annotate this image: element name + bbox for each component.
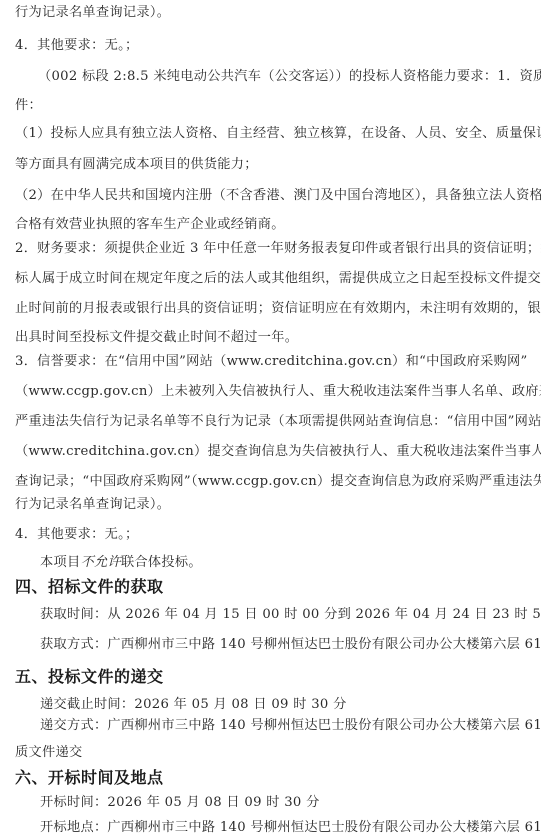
- text-line: 3．信誉要求：在“信用中国”网站（www.creditchina.gov.cn）…: [15, 354, 528, 370]
- text-line: 4．其他要求：无。；: [15, 527, 138, 543]
- text-line: （1）投标人应具有独立法人资格、自主经营、独立核算，在设备、人员、安全、质量保证: [15, 126, 541, 142]
- text-line: 件：: [15, 98, 42, 114]
- text-line: 2．财务要求：须提供企业近 3 年中任意一年财务报表复印件或者银行出具的资信证明…: [15, 241, 541, 257]
- text-span: 联合体投标。: [121, 555, 202, 570]
- text-line: （2）在中华人民共和国境内注册（不含香港、澳门及中国台湾地区），具备独立法人资格…: [15, 188, 541, 204]
- text-line: 获取时间：从 2026 年 04 月 15 日 00 时 00 分到 2026 …: [40, 607, 541, 623]
- text-line: 出具时间至投标文件提交截止时间不超过一年。: [15, 330, 298, 346]
- text-line: 标人属于成立时间在规定年度之后的法人或其他组织，需提供成立之日起至投标文件提交截: [15, 271, 541, 287]
- text-line: 递交截止时间：2026 年 05 月 08 日 09 时 30 分: [40, 697, 347, 713]
- text-line: 4．其他要求：无。；: [15, 38, 138, 54]
- section-heading-5: 五、投标文件的递交: [15, 667, 164, 687]
- text-line: （002 标段 2:8.5 米纯电动公共汽车（公交客运））的投标人资格能力要求：…: [38, 69, 541, 85]
- text-line: 开标时间：2026 年 05 月 08 日 09 时 30 分: [40, 795, 320, 811]
- text-span: 本项目: [40, 555, 80, 570]
- text-line: 行为记录名单查询记录）。: [15, 497, 170, 513]
- section-heading-4: 四、招标文件的获取: [15, 577, 164, 597]
- text-line: 开标地点：广西柳州市三中路 140 号柳州恒达巴士股份有限公司办公大楼第六层 6…: [40, 820, 541, 836]
- text-line: （www.ccgp.gov.cn）上未被列入失信被执行人、重大税收违法案件当事人…: [15, 384, 541, 400]
- text-line: 严重违法失信行为记录名单等不良行为记录（本项需提供网站查询信息：“信用中国”网站: [15, 414, 541, 430]
- text-line: 获取方式：广西柳州市三中路 140 号柳州恒达巴士股份有限公司办公大楼第六层 6…: [40, 637, 541, 653]
- text-line: 质文件递交: [15, 745, 82, 761]
- text-line: 查询记录；“中国政府采购网”（www.ccgp.gov.cn）提交查询信息为政府…: [15, 474, 541, 490]
- text-line: 递交方式：广西柳州市三中路 140 号柳州恒达巴士股份有限公司办公大楼第六层 6…: [40, 718, 541, 734]
- text-line: 合格有效营业执照的客车生产企业或经销商。: [15, 217, 285, 233]
- section-heading-6: 六、开标时间及地点: [15, 768, 164, 788]
- consortium-note: 本项目不允许联合体投标。: [40, 555, 202, 571]
- text-line: （www.creditchina.gov.cn）提交查询信息为失信被执行人、重大…: [15, 444, 541, 460]
- italic-text: 不允许: [80, 555, 120, 570]
- text-line: 行为记录名单查询记录）。: [15, 5, 170, 21]
- text-line: 等方面具有圆满完成本项目的供货能力；: [15, 157, 258, 173]
- text-line: 止时间前的月报表或银行出具的资信证明；资信证明应在有效期内，未注明有效期的，银行: [15, 301, 541, 317]
